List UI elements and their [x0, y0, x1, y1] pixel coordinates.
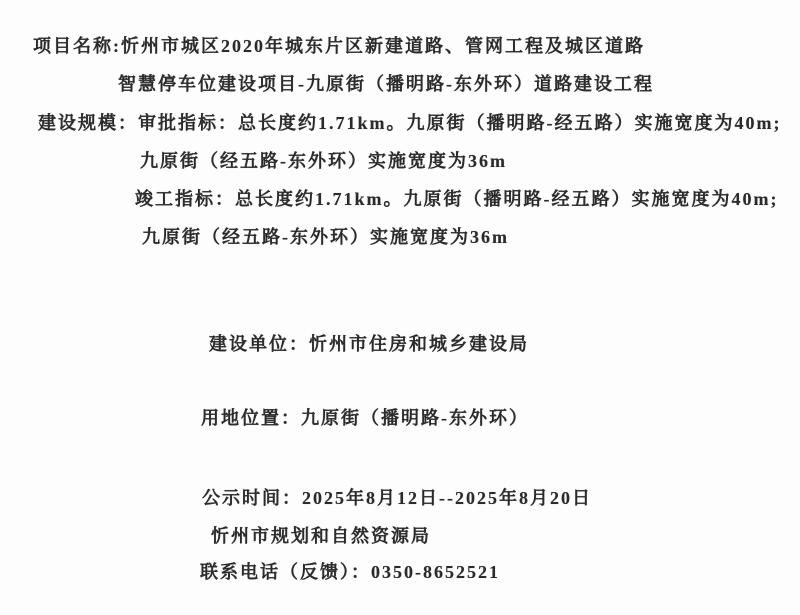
public-notice-document: 项目名称:忻州市城区2020年城东片区新建道路、管网工程及城区道路 智慧停车位建… — [0, 0, 800, 615]
project-name-line-1: 项目名称:忻州市城区2020年城东片区新建道路、管网工程及城区道路 — [33, 36, 645, 56]
land-location: 用地位置：九原街（播明路-东外环） — [201, 408, 529, 428]
construction-scale-approval-line-1: 建设规模：审批指标：总长度约1.71km。九原街（播明路-经五路）实施宽度为40… — [38, 113, 781, 133]
construction-scale-completion-line-1: 竣工指标：总长度约1.71km。九原街（播明路-经五路）实施宽度为40m; — [135, 189, 779, 209]
issuing-authority: 忻州市规划和自然资源局 — [211, 526, 431, 546]
contact-phone: 联系电话（反馈）：0350-8652521 — [200, 562, 500, 582]
construction-scale-completion-line-2: 九原街（经五路-东外环）实施宽度为36m — [142, 227, 509, 247]
publicity-period: 公示时间：2025年8月12日--2025年8月20日 — [202, 488, 592, 508]
construction-scale-approval-line-2: 九原街（经五路-东外环）实施宽度为36m — [140, 151, 507, 171]
project-name-line-2: 智慧停车位建设项目-九原街（播明路-东外环）道路建设工程 — [118, 74, 654, 94]
construction-unit: 建设单位：忻州市住房和城乡建设局 — [209, 334, 529, 354]
